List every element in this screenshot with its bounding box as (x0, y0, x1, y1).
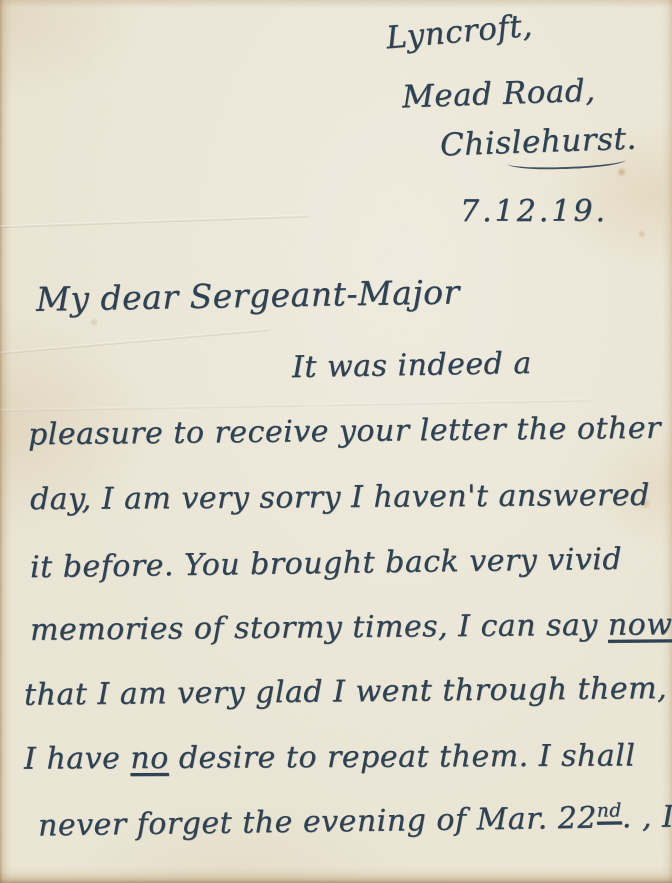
address-line-1: Lyncroft, (385, 8, 534, 57)
body-text: pleasure to receive your letter the othe… (28, 411, 661, 453)
body-text: It was indeed a (292, 346, 532, 385)
body-line-6: that I am very glad I went through them,… (24, 670, 672, 712)
body-text: . , I (622, 800, 672, 836)
body-line-4: it before. You brought back very vivid (30, 542, 622, 585)
address-line-2: Mead Road, (401, 73, 596, 116)
body-text: memories of stormy times, I can say (30, 608, 608, 648)
body-line-5: memories of stormy times, I can say now (30, 607, 672, 648)
underlined-word-now: now (608, 607, 672, 643)
letter-date: 7.12.19. (460, 194, 608, 229)
body-text: day, I am very sorry I haven't answered (30, 478, 650, 517)
paper-fold-crease (0, 215, 309, 229)
paper-fold-crease (0, 328, 268, 354)
body-text: that I am very glad I went through them,… (24, 670, 672, 712)
body-line-8: never forget the evening of Mar. 22nd. ,… (38, 800, 672, 844)
underlined-word-no: no (130, 741, 169, 776)
address-line-3: Chislehurst. (439, 121, 637, 164)
body-line-7: I have no desire to repeat them. I shall (24, 738, 636, 776)
paper-fold-crease (0, 399, 591, 412)
body-line-1: It was indeed a (292, 346, 532, 385)
ordinal-suffix-superscript: nd (597, 800, 622, 821)
body-text: desire to repeat them. I shall (169, 738, 636, 775)
body-text: it before. You brought back very vivid (30, 542, 622, 585)
body-text: I have (24, 741, 131, 777)
address-town-underlined: Chislehurst. (439, 121, 637, 164)
body-line-3: day, I am very sorry I haven't answered (30, 478, 650, 517)
letter-page: Lyncroft, Mead Road, Chislehurst. 7.12.1… (0, 0, 672, 883)
body-line-2: pleasure to receive your letter the othe… (28, 411, 661, 453)
salutation: My dear Sergeant-Major (36, 272, 460, 318)
body-text: never forget the evening of Mar. 22 (38, 801, 597, 844)
